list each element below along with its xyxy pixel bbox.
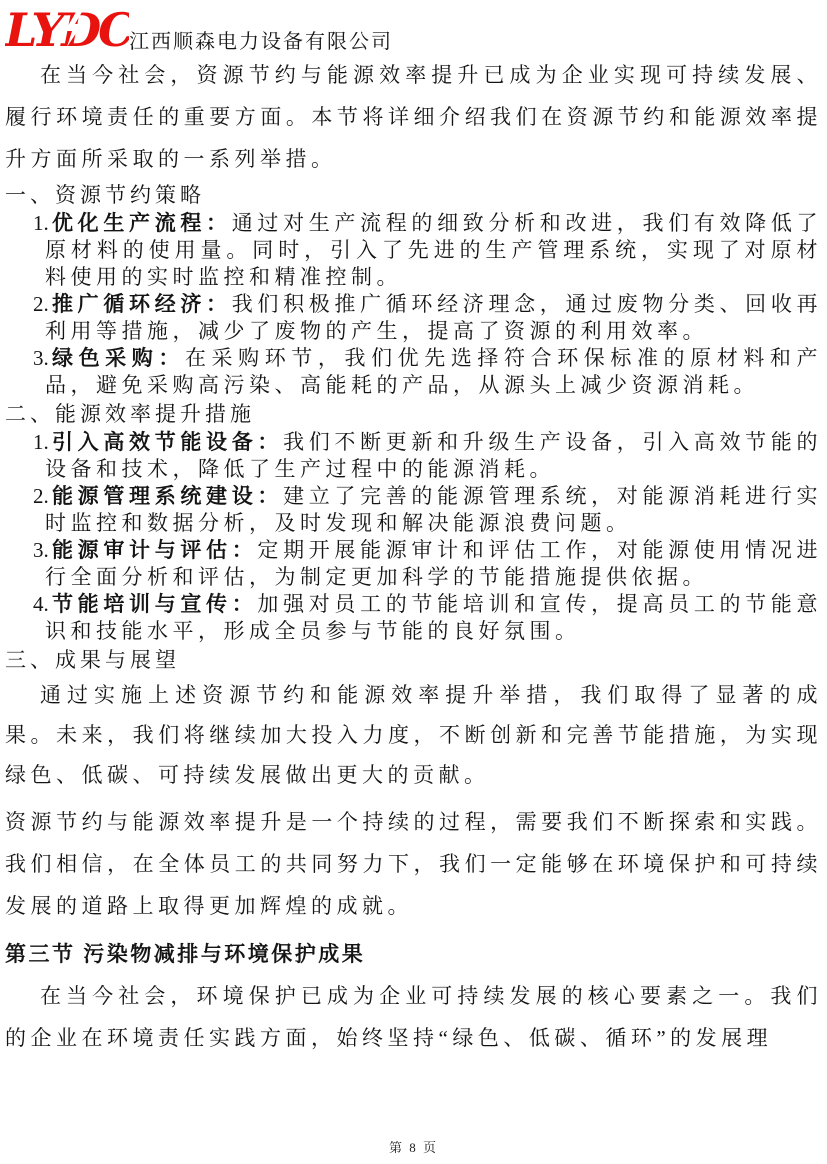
item-lead: 能源管理系统建设： [52,485,283,508]
company-name: 江西顺森电力设备有限公司 [129,32,393,54]
company-logo: LYDC [5,4,129,54]
list-number: 3. [33,537,49,564]
list-item: 2.推广循环经济：我们积极推广循环经济理念，通过废物分类、回收再利用等措施，减少… [5,291,822,345]
list-item: 1.引入高效节能设备：我们不断更新和升级生产设备，引入高效节能的设备和技术，降低… [5,429,822,483]
results-paragraph: 通过实施上述资源节约和能源效率提升举措，我们取得了显著的成果。未来，我们将继续加… [5,675,822,795]
item-lead: 绿色采购： [52,347,185,370]
list-number: 4. [33,591,49,618]
next-section-heading: 第三节 污染物减排与环境保护成果 [5,939,822,969]
page-footer: 第 8 页 [0,1137,827,1156]
section-title-3: 三、成果与展望 [5,645,822,675]
commitment-paragraph: 资源节约与能源效率提升是一个持续的过程，需要我们不断探索和实践。我们相信，在全体… [5,801,822,927]
section-title-2: 二、能源效率提升措施 [5,399,822,429]
page-header: LYDC 江西顺森电力设备有限公司 [0,0,827,54]
list-item: 3.能源审计与评估：定期开展能源审计和评估工作，对能源使用情况进行全面分析和评估… [5,537,822,591]
item-lead: 引入高效节能设备： [52,431,283,454]
list-number: 2. [33,291,49,318]
list-item: 4.节能培训与宣传：加强对员工的节能培训和宣传，提高员工的节能意识和技能水平，形… [5,591,822,645]
item-lead: 推广循环经济： [52,293,232,316]
list-section-1: 1.优化生产流程：通过对生产流程的细致分析和改进，我们有效降低了原材料的使用量。… [5,210,822,399]
intro-paragraph: 在当今社会，资源节约与能源效率提升已成为企业实现可持续发展、履行环境责任的重要方… [5,54,822,180]
list-item: 3.绿色采购：在采购环节，我们优先选择符合环保标准的原材料和产品，避免采购高污染… [5,345,822,399]
next-section-intro-paragraph: 在当今社会，环境保护已成为企业可持续发展的核心要素之一。我们的企业在环境责任实践… [5,975,822,1059]
list-section-2: 1.引入高效节能设备：我们不断更新和升级生产设备，引入高效节能的设备和技术，降低… [5,429,822,645]
item-lead: 节能培训与宣传： [52,593,257,616]
item-lead: 优化生产流程： [52,212,232,235]
list-number: 2. [33,483,49,510]
page-number: 第 8 页 [389,1140,438,1155]
list-number: 1. [33,210,49,237]
list-item: 1.优化生产流程：通过对生产流程的细致分析和改进，我们有效降低了原材料的使用量。… [5,210,822,291]
section-title-1: 一、资源节约策略 [5,180,822,210]
list-item: 2.能源管理系统建设：建立了完善的能源管理系统，对能源消耗进行实时监控和数据分析… [5,483,822,537]
list-number: 3. [33,345,49,372]
item-lead: 能源审计与评估： [52,539,257,562]
list-number: 1. [33,429,49,456]
document-body: 在当今社会，资源节约与能源效率提升已成为企业实现可持续发展、履行环境责任的重要方… [0,54,827,1059]
document-page: LYDC 江西顺森电力设备有限公司 在当今社会，资源节约与能源效率提升已成为企业… [0,0,827,1164]
